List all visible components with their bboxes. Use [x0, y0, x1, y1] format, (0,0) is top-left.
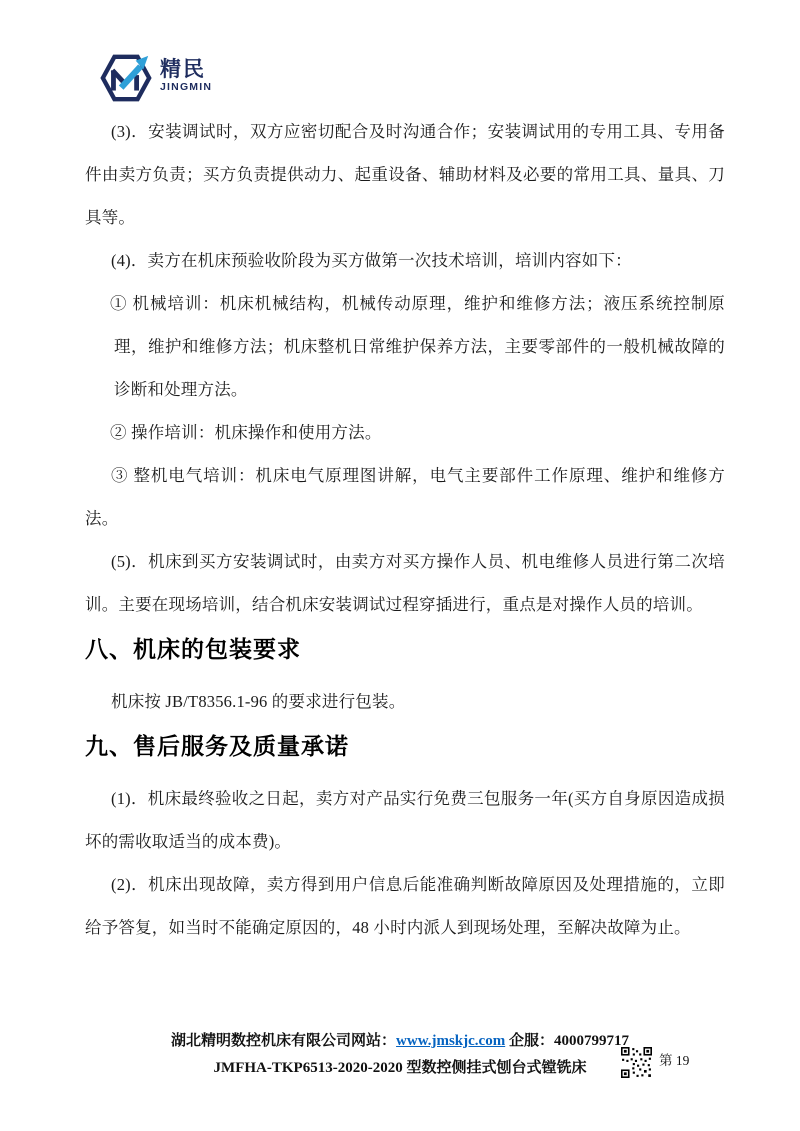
list-item-mechanical-training: ① 机械培训：机床机械结构，机械传动原理，维护和维修方法；液压系统控制原理，维护…	[85, 282, 725, 411]
company-logo: 精民 JINGMIN	[99, 53, 212, 103]
footer-company-website-label: 湖北精明数控机床有限公司网站：	[171, 1033, 396, 1049]
logo-brand-cn: 精民	[160, 59, 212, 81]
page-number: 第 19	[659, 1049, 689, 1069]
footer-service-label: 企服：	[505, 1033, 554, 1049]
footer-line-contact: 湖北精明数控机床有限公司网站：www.jmskjc.com 企服：4000799…	[171, 1028, 629, 1055]
paragraph-packing-standard: 机床按 JB/T8356.1-96 的要求进行包装。	[85, 680, 725, 723]
logo-brand-en: JINGMIN	[160, 81, 212, 94]
list-item-electrical-training: ③ 整机电气培训：机床电气原理图讲解，电气主要部件工作原理、维护和维修方法。	[85, 454, 725, 540]
logo-wordmark: 精民 JINGMIN	[160, 59, 212, 94]
qr-code-icon	[621, 1047, 652, 1078]
paragraph-second-training: (5)．机床到买方安装调试时，由卖方对买方操作人员、机电维修人员进行第二次培训。…	[85, 540, 725, 626]
paragraph-first-training-intro: (4)．卖方在机床预验收阶段为买方做第一次技术培训，培训内容如下：	[85, 239, 725, 282]
section-heading-after-sales: 九、售后服务及质量承诺	[85, 729, 725, 763]
page-footer: 湖北精明数控机床有限公司网站：www.jmskjc.com 企服：4000799…	[0, 1026, 800, 1106]
paragraph-install-debug: (3)．安装调试时，双方应密切配合及时沟通合作；安装调试用的专用工具、专用备件由…	[85, 110, 725, 239]
paragraph-warranty: (1)．机床最终验收之日起，卖方对产品实行免费三包服务一年(买方自身原因造成损坏…	[85, 777, 725, 863]
logo-hexagon-icon	[99, 53, 153, 103]
list-item-operation-training: ② 操作培训：机床操作和使用方法。	[85, 411, 725, 454]
section-heading-packaging: 八、机床的包装要求	[85, 632, 725, 666]
website-link[interactable]: www.jmskjc.com	[396, 1033, 505, 1049]
document-body: (3)．安装调试时，双方应密切配合及时沟通合作；安装调试用的专用工具、专用备件由…	[85, 110, 725, 949]
document-page: 精民 JINGMIN (3)．安装调试时，双方应密切配合及时沟通合作；安装调试用…	[0, 0, 800, 1131]
footer-product-model: JMFHA-TKP6513-2020-2020 型数控侧挂式刨台式镗铣床	[171, 1055, 629, 1082]
paragraph-fault-response: (2)．机床出现故障，卖方得到用户信息后能准确判断故障原因及处理措施的，立即给予…	[85, 863, 725, 949]
footer-service-phone: 4000799717	[554, 1033, 629, 1049]
footer-company-info: 湖北精明数控机床有限公司网站：www.jmskjc.com 企服：4000799…	[171, 1028, 629, 1082]
